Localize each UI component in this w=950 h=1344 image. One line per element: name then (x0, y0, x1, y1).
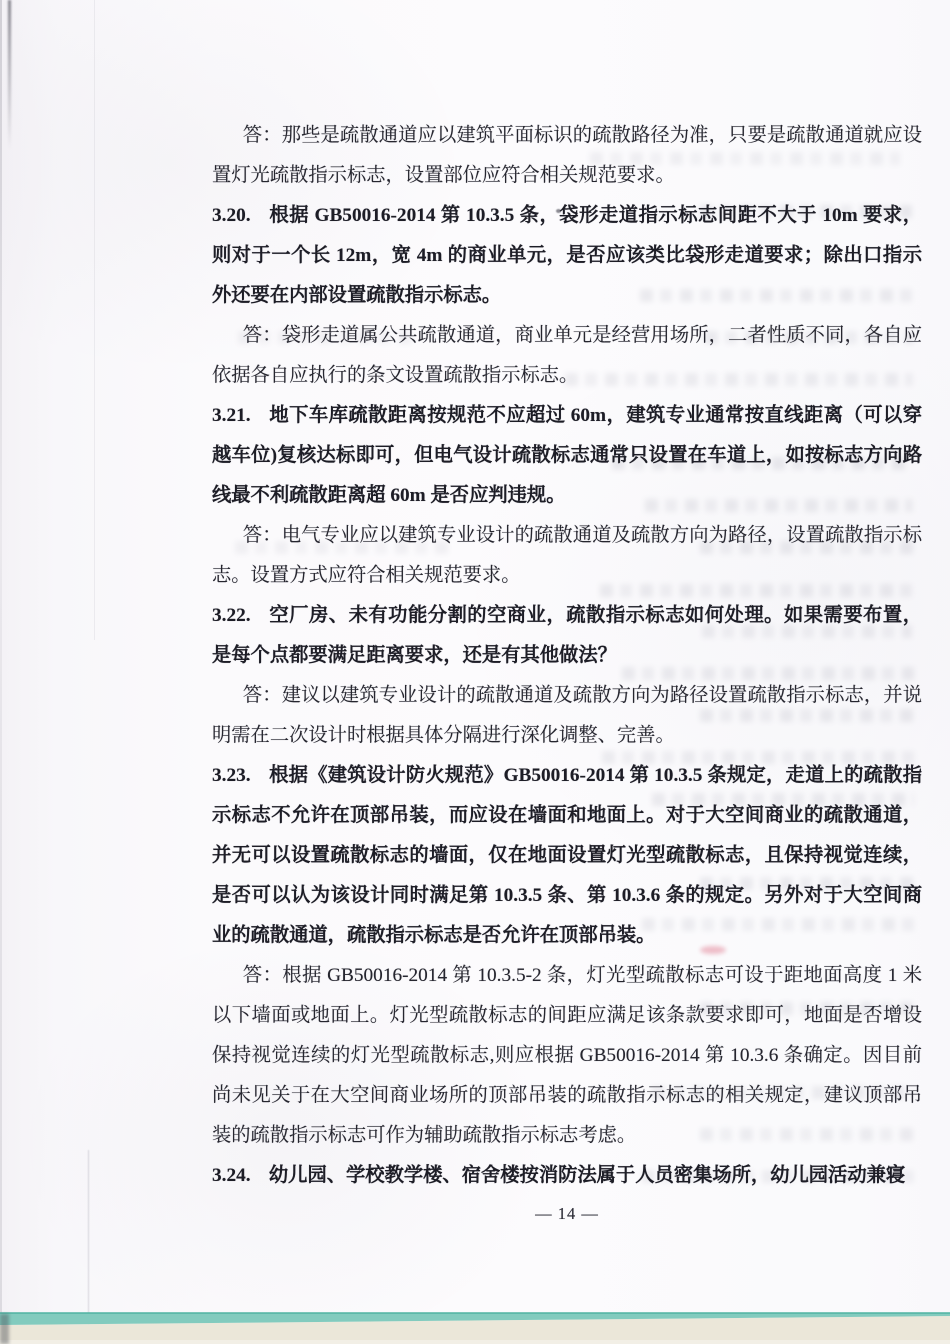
scan-left-edge-artifact (0, 0, 2, 1344)
question-paragraph: 3.20.根据 GB50016-2014 第 10.3.5 条，袋形走道指示标志… (212, 196, 922, 316)
paragraph-text: 答：袋形走道属公共疏散通道，商业单元是经营用场所，二者性质不同，各自应依据各自应… (212, 325, 922, 386)
section-number: 3.24. (212, 1165, 251, 1186)
section-number: 3.21. (212, 405, 251, 426)
answer-paragraph: 答：电气专业应以建筑专业设计的疏散通道及疏散方向为路径，设置疏散指示标志。设置方… (212, 516, 922, 596)
paragraph-text: 答：电气专业应以建筑专业设计的疏散通道及疏散方向为路径，设置疏散指示标志。设置方… (212, 525, 922, 586)
section-number: 3.23. (212, 765, 251, 786)
question-paragraph: 3.22.空厂房、未有功能分割的空商业，疏散指示标志如何处理。如果需要布置，是每… (212, 596, 922, 676)
question-paragraph: 3.21.地下车库疏散距离按规范不应超过 60m，建筑专业通常按直线距离（可以穿… (212, 396, 922, 516)
paragraph-text: 答：根据 GB50016-2014 第 10.3.5-2 条，灯光型疏散标志可设… (212, 965, 922, 1146)
paragraph-text: 根据《建筑设计防火规范》GB50016-2014 第 10.3.5 条规定，走道… (212, 765, 922, 946)
section-number: 3.22. (212, 605, 251, 626)
scan-shading-band-artifact (94, 0, 95, 640)
scan-dark-sliver-artifact (8, 0, 11, 150)
question-paragraph: 3.23.根据《建筑设计防火规范》GB50016-2014 第 10.3.5 条… (212, 756, 922, 956)
question-paragraph: 3.24.幼儿园、学校教学楼、宿舍楼按消防法属于人员密集场所，幼儿园活动兼寝 (212, 1156, 922, 1196)
paragraph-text: 答：那些是疏散通道应以建筑平面标识的疏散路径为准，只要是疏散通道就应设置灯光疏散… (212, 125, 922, 186)
book-edge-strip (0, 1300, 950, 1344)
scanned-document-page: 答：那些是疏散通道应以建筑平面标识的疏散路径为准，只要是疏散通道就应设置灯光疏散… (0, 0, 950, 1344)
section-number: 3.20. (212, 205, 251, 226)
paragraph-text: 幼儿园、学校教学楼、宿舍楼按消防法属于人员密集场所，幼儿园活动兼寝 (269, 1165, 905, 1186)
answer-paragraph: 答：袋形走道属公共疏散通道，商业单元是经营用场所，二者性质不同，各自应依据各自应… (212, 316, 922, 396)
page-number: — 14 — (212, 1204, 922, 1224)
answer-paragraph: 答：根据 GB50016-2014 第 10.3.5-2 条，灯光型疏散标志可设… (212, 956, 922, 1156)
document-body: 答：那些是疏散通道应以建筑平面标识的疏散路径为准，只要是疏散通道就应设置灯光疏散… (212, 116, 922, 1196)
answer-paragraph: 答：建议以建筑专业设计的疏散通道及疏散方向为路径设置疏散指示标志，并说明需在二次… (212, 676, 922, 756)
book-edge-bottom-light (0, 1340, 950, 1344)
answer-paragraph: 答：那些是疏散通道应以建筑平面标识的疏散路径为准，只要是疏散通道就应设置灯光疏散… (212, 116, 922, 196)
paragraph-text: 空厂房、未有功能分割的空商业，疏散指示标志如何处理。如果需要布置，是每个点都要满… (212, 605, 922, 666)
paragraph-text: 地下车库疏散距离按规范不应超过 60m，建筑专业通常按直线距离（可以穿越车位)复… (212, 405, 922, 506)
paragraph-text: 根据 GB50016-2014 第 10.3.5 条，袋形走道指示标志间距不大于… (212, 205, 922, 306)
paragraph-text: 答：建议以建筑专业设计的疏散通道及疏散方向为路径设置疏散指示标志，并说明需在二次… (212, 685, 922, 746)
corner-shadow-artifact (0, 1314, 9, 1344)
